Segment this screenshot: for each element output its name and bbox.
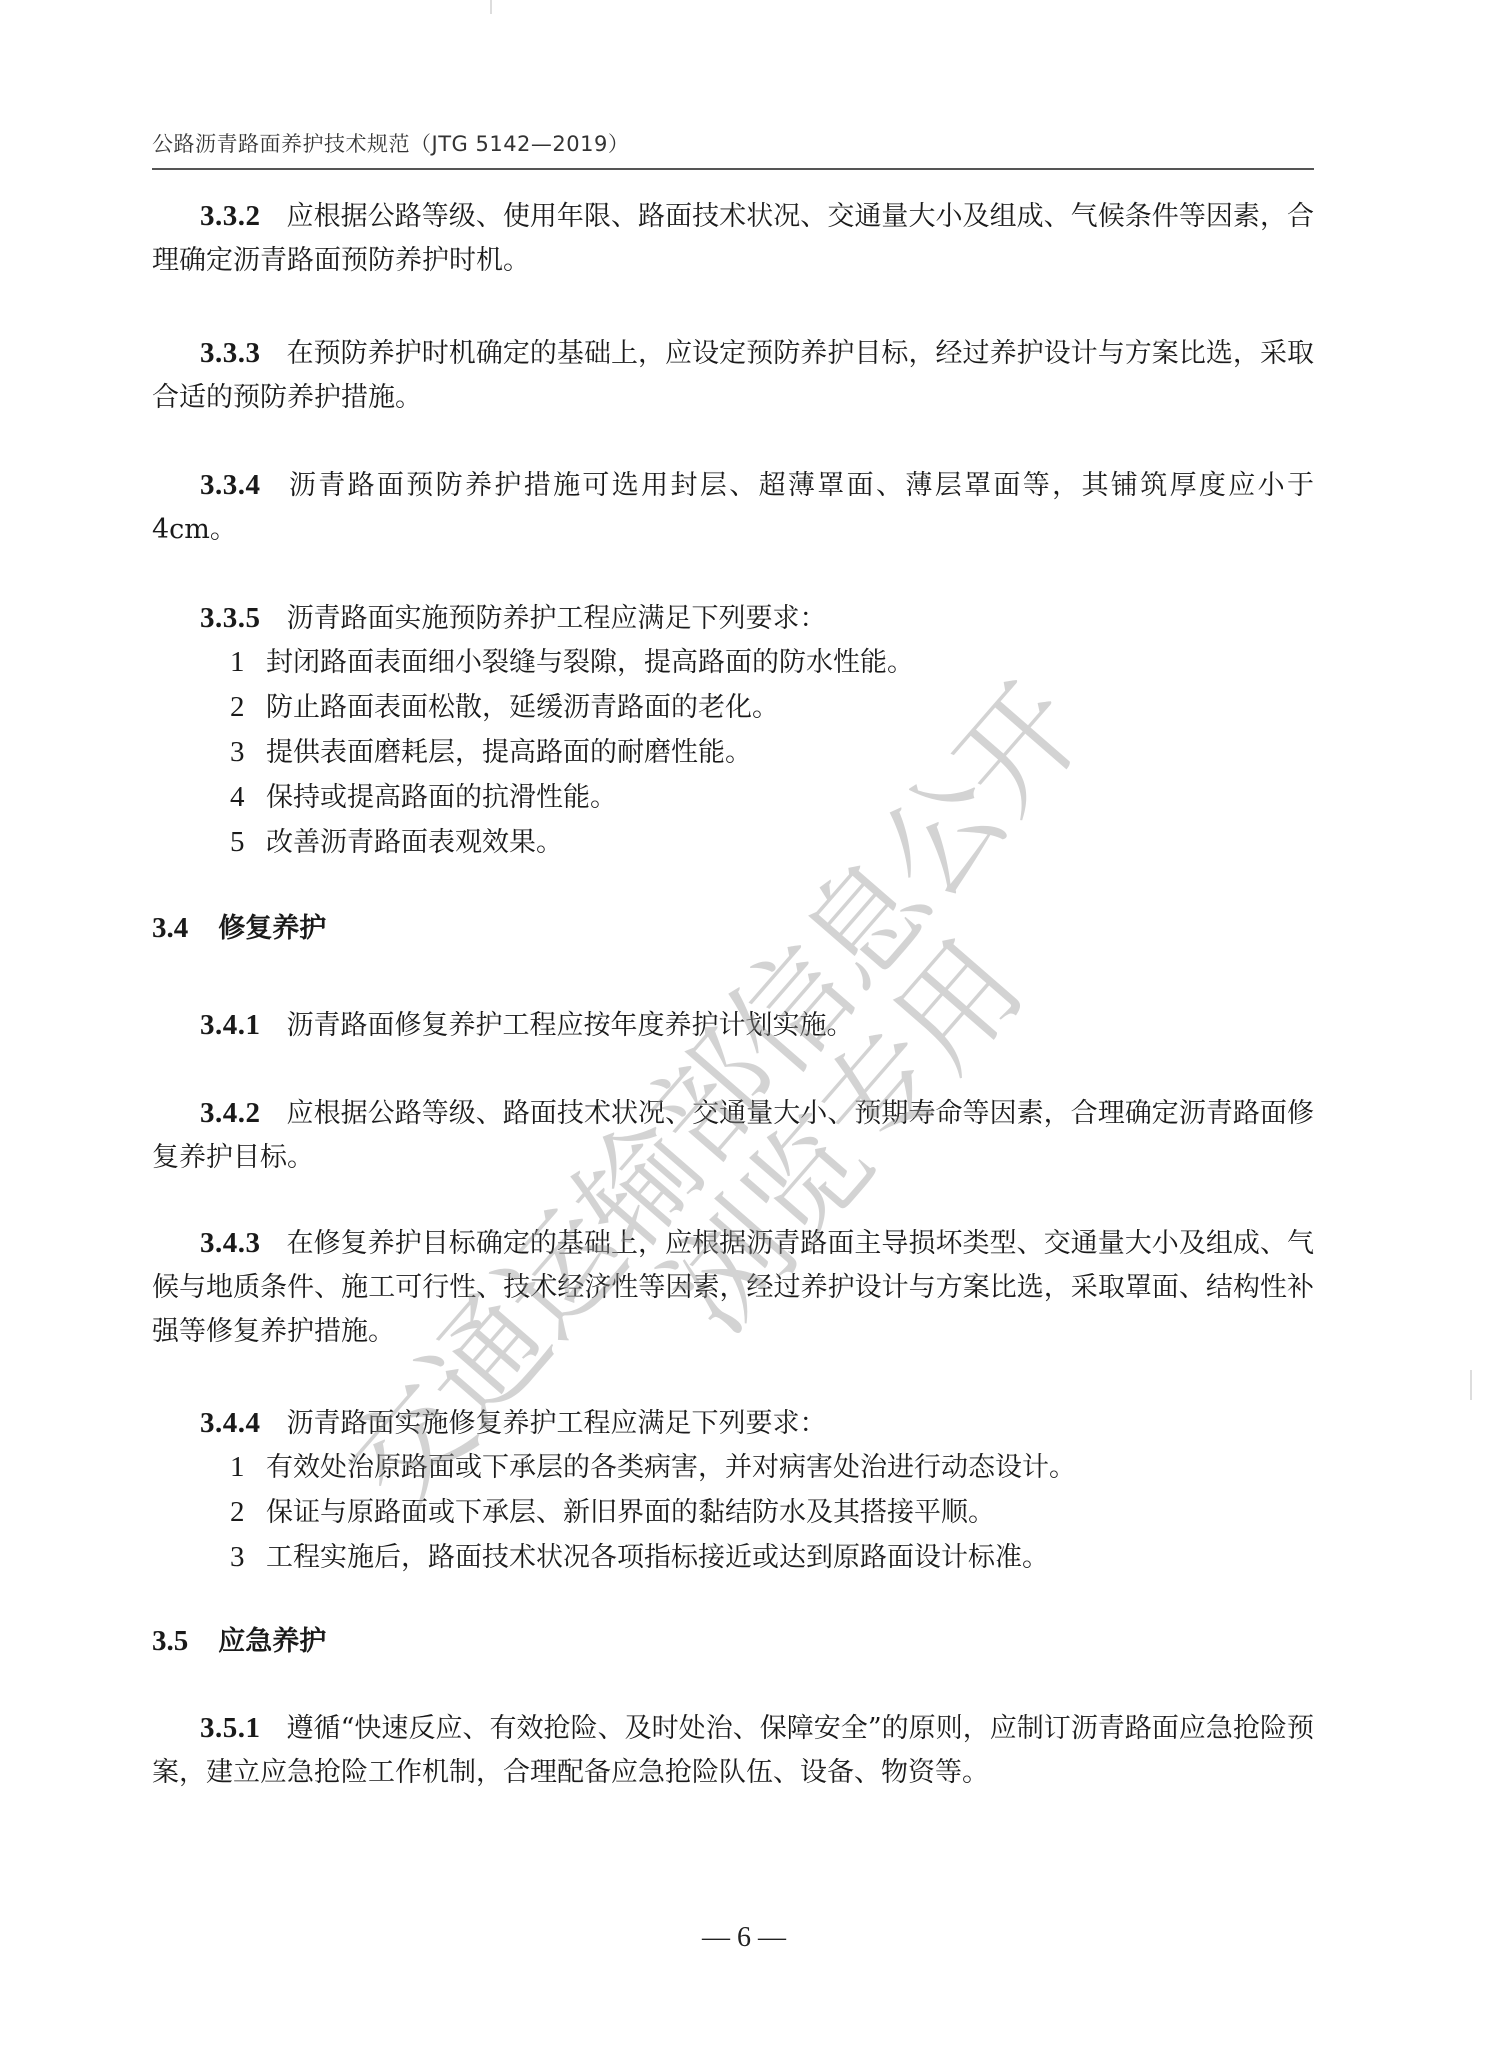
scan-artifact — [1470, 1370, 1472, 1400]
clause-text: 在修复养护目标确定的基础上，应根据沥青路面主导损坏类型、交通量大小及组成、气候与… — [152, 1228, 1314, 1347]
list-item: 1有效处治原路面或下承层的各类病害，并对病害处治进行动态设计。 — [152, 1445, 1314, 1490]
list-item: 5改善沥青路面表观效果。 — [152, 820, 1314, 865]
clause-number: 3.5.1 — [200, 1712, 261, 1744]
document-page: 公路沥青路面养护技术规范（JTG 5142—2019） 3.3.2应根据公路等级… — [0, 0, 1488, 2054]
list-item-text: 防止路面表面松散，延缓沥青路面的老化。 — [266, 692, 779, 723]
list-item-number: 4 — [230, 775, 266, 819]
clause-3-4-2: 3.4.2应根据公路等级、路面技术状况、交通量大小、预期寿命等因素，合理确定沥青… — [152, 1091, 1314, 1180]
list-item-text: 改善沥青路面表观效果。 — [266, 827, 563, 858]
scan-artifact — [490, 0, 492, 14]
section-number: 3.4 — [152, 912, 188, 944]
list-item-number: 5 — [230, 820, 266, 864]
clause-number: 3.3.4 — [200, 469, 261, 501]
list-item-text: 有效处治原路面或下承层的各类病害，并对病害处治进行动态设计。 — [266, 1452, 1076, 1483]
clause-3-3-5: 3.3.5沥青路面实施预防养护工程应满足下列要求： — [152, 596, 1314, 641]
clause-number: 3.3.3 — [200, 337, 261, 369]
section-title: 修复养护 — [218, 913, 326, 944]
clause-3-5-1: 3.5.1遵循“快速反应、有效抢险、及时处治、保障安全”的原则，应制订沥青路面应… — [152, 1706, 1314, 1795]
list-item-number: 2 — [230, 685, 266, 729]
list-item-number: 1 — [230, 1445, 266, 1489]
requirements-list-3-4-4: 1有效处治原路面或下承层的各类病害，并对病害处治进行动态设计。 2保证与原路面或… — [152, 1445, 1314, 1580]
clause-number: 3.3.5 — [200, 602, 261, 634]
list-item: 1封闭路面表面细小裂缝与裂隙，提高路面的防水性能。 — [152, 640, 1314, 685]
clause-number: 3.4.1 — [200, 1009, 261, 1041]
page-number: — 6 — — [0, 1922, 1488, 1954]
clause-3-4-4: 3.4.4沥青路面实施修复养护工程应满足下列要求： — [152, 1401, 1314, 1446]
clause-3-4-1: 3.4.1沥青路面修复养护工程应按年度养护计划实施。 — [152, 1003, 1314, 1048]
clause-3-3-2: 3.3.2应根据公路等级、使用年限、路面技术状况、交通量大小及组成、气候条件等因… — [152, 194, 1314, 283]
list-item-text: 保持或提高路面的抗滑性能。 — [266, 782, 617, 813]
clause-3-3-3: 3.3.3在预防养护时机确定的基础上，应设定预防养护目标，经过养护设计与方案比选… — [152, 331, 1314, 420]
clause-text: 沥青路面实施预防养护工程应满足下列要求： — [287, 603, 827, 634]
list-item: 2防止路面表面松散，延缓沥青路面的老化。 — [152, 685, 1314, 730]
clause-3-4-3: 3.4.3在修复养护目标确定的基础上，应根据沥青路面主导损坏类型、交通量大小及组… — [152, 1221, 1314, 1354]
header-divider — [152, 168, 1314, 170]
clause-text: 在预防养护时机确定的基础上，应设定预防养护目标，经过养护设计与方案比选，采取合适… — [152, 338, 1314, 413]
list-item: 2保证与原路面或下承层、新旧界面的黏结防水及其搭接平顺。 — [152, 1490, 1314, 1535]
list-item-number: 2 — [230, 1490, 266, 1534]
list-item-number: 3 — [230, 1535, 266, 1579]
clause-text: 应根据公路等级、使用年限、路面技术状况、交通量大小及组成、气候条件等因素，合理确… — [152, 201, 1314, 276]
clause-3-3-4: 3.3.4沥青路面预防养护措施可选用封层、超薄罩面、薄层罩面等，其铺筑厚度应小于… — [152, 463, 1314, 552]
section-title: 应急养护 — [218, 1626, 326, 1657]
list-item-number: 3 — [230, 730, 266, 774]
list-item-text: 封闭路面表面细小裂缝与裂隙，提高路面的防水性能。 — [266, 647, 914, 678]
clause-text: 沥青路面预防养护措施可选用封层、超薄罩面、薄层罩面等，其铺筑厚度应小于4cm。 — [152, 470, 1314, 545]
section-number: 3.5 — [152, 1625, 188, 1657]
list-item: 3提供表面磨耗层，提高路面的耐磨性能。 — [152, 730, 1314, 775]
clause-text: 遵循“快速反应、有效抢险、及时处治、保障安全”的原则，应制订沥青路面应急抢险预案… — [152, 1713, 1314, 1788]
running-header: 公路沥青路面养护技术规范（JTG 5142—2019） — [152, 128, 629, 158]
clause-number: 3.4.3 — [200, 1227, 261, 1259]
list-item: 4保持或提高路面的抗滑性能。 — [152, 775, 1314, 820]
list-item-number: 1 — [230, 640, 266, 684]
requirements-list-3-3-5: 1封闭路面表面细小裂缝与裂隙，提高路面的防水性能。 2防止路面表面松散，延缓沥青… — [152, 640, 1314, 865]
clause-number: 3.4.4 — [200, 1407, 261, 1439]
list-item-text: 提供表面磨耗层，提高路面的耐磨性能。 — [266, 737, 752, 768]
list-item-text: 工程实施后，路面技术状况各项指标接近或达到原路面设计标准。 — [266, 1542, 1049, 1573]
clause-text: 沥青路面实施修复养护工程应满足下列要求： — [287, 1408, 827, 1439]
section-heading-3-5: 3.5应急养护 — [152, 1619, 326, 1664]
clause-text: 应根据公路等级、路面技术状况、交通量大小、预期寿命等因素，合理确定沥青路面修复养… — [152, 1098, 1314, 1173]
clause-number: 3.3.2 — [200, 200, 261, 232]
clause-text: 沥青路面修复养护工程应按年度养护计划实施。 — [287, 1010, 854, 1041]
clause-number: 3.4.2 — [200, 1097, 261, 1129]
list-item-text: 保证与原路面或下承层、新旧界面的黏结防水及其搭接平顺。 — [266, 1497, 995, 1528]
section-heading-3-4: 3.4修复养护 — [152, 906, 326, 951]
list-item: 3工程实施后，路面技术状况各项指标接近或达到原路面设计标准。 — [152, 1535, 1314, 1580]
